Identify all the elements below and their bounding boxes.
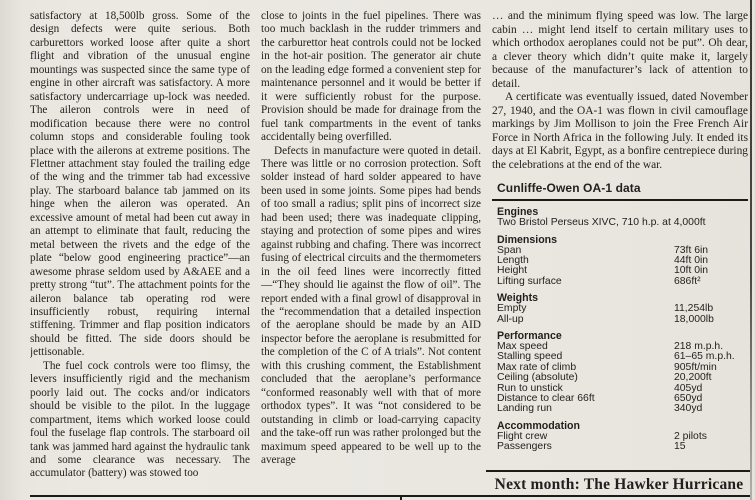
spec-value: 340yd: [674, 404, 702, 414]
spec-section: EnginesTwo Bristol Perseus XIVC, 710 h.p…: [492, 207, 748, 229]
spec-row: Lifting surface686ft²: [497, 277, 748, 287]
next-month-banner: Next month: The Hawker Hurricane: [486, 470, 752, 494]
aircraft-data-panel: Cunliffe-Owen OA-1 data EnginesTwo Brist…: [492, 179, 748, 453]
spec-value: 686ft²: [674, 277, 701, 287]
spec-section: PerformanceMax speed218 m.p.h.Stalling s…: [492, 331, 748, 415]
data-panel-title-rule: [492, 199, 748, 201]
body-paragraph: … and the minimum flying speed was low. …: [492, 10, 748, 91]
spec-value: 15: [674, 442, 686, 452]
spec-sections: EnginesTwo Bristol Perseus XIVC, 710 h.p…: [492, 207, 748, 453]
spec-row: All-up18,000lb: [497, 315, 748, 325]
spec-label: Passengers: [497, 442, 552, 452]
body-paragraph: The fuel cock controls were too flimsy, …: [30, 360, 250, 481]
spec-section: AccommodationFlight crew2 pilotsPassenge…: [492, 421, 748, 453]
next-month-text: Next month: The Hawker Hurricane: [495, 476, 744, 493]
spec-row: Landing run340yd: [497, 404, 748, 414]
spec-row: Passengers15: [497, 442, 748, 452]
page-edge-line: [750, 0, 752, 500]
text-column-2: close to joints in the fuel pipelines. T…: [261, 10, 481, 494]
spec-section: WeightsEmpty11,254lbAll-up18,000lb: [492, 293, 748, 325]
spec-label: All-up: [497, 315, 524, 325]
text-column-3: … and the minimum flying speed was low. …: [492, 10, 748, 494]
spec-row: Length44ft 0in: [497, 256, 748, 266]
spec-row: Span73ft 6in: [497, 246, 748, 256]
data-panel-title: Cunliffe-Owen OA-1 data: [492, 179, 748, 199]
body-paragraph: A certificate was eventually issued, dat…: [492, 91, 748, 172]
body-paragraph: Defects in manufacture were quoted in de…: [261, 145, 481, 468]
spec-label: Landing run: [497, 404, 552, 414]
spec-line: Two Bristol Perseus XIVC, 710 h.p. at 4,…: [497, 218, 748, 229]
text-column-1: satisfactory at 18,500lb gross. Some of …: [30, 10, 250, 494]
spec-label: Lifting surface: [497, 277, 562, 287]
spec-section-heading: Dimensions: [497, 235, 748, 246]
bottom-rule: [30, 495, 752, 497]
body-paragraph: satisfactory at 18,500lb gross. Some of …: [30, 10, 250, 360]
text-columns: satisfactory at 18,500lb gross. Some of …: [30, 10, 748, 494]
column-divider-tick: [400, 495, 402, 500]
magazine-page: satisfactory at 18,500lb gross. Some of …: [0, 0, 755, 500]
body-paragraph: close to joints in the fuel pipelines. T…: [261, 10, 481, 145]
spec-section: DimensionsSpan73ft 6inLength44ft 0inHeig…: [492, 235, 748, 288]
spec-value: 18,000lb: [674, 315, 714, 325]
